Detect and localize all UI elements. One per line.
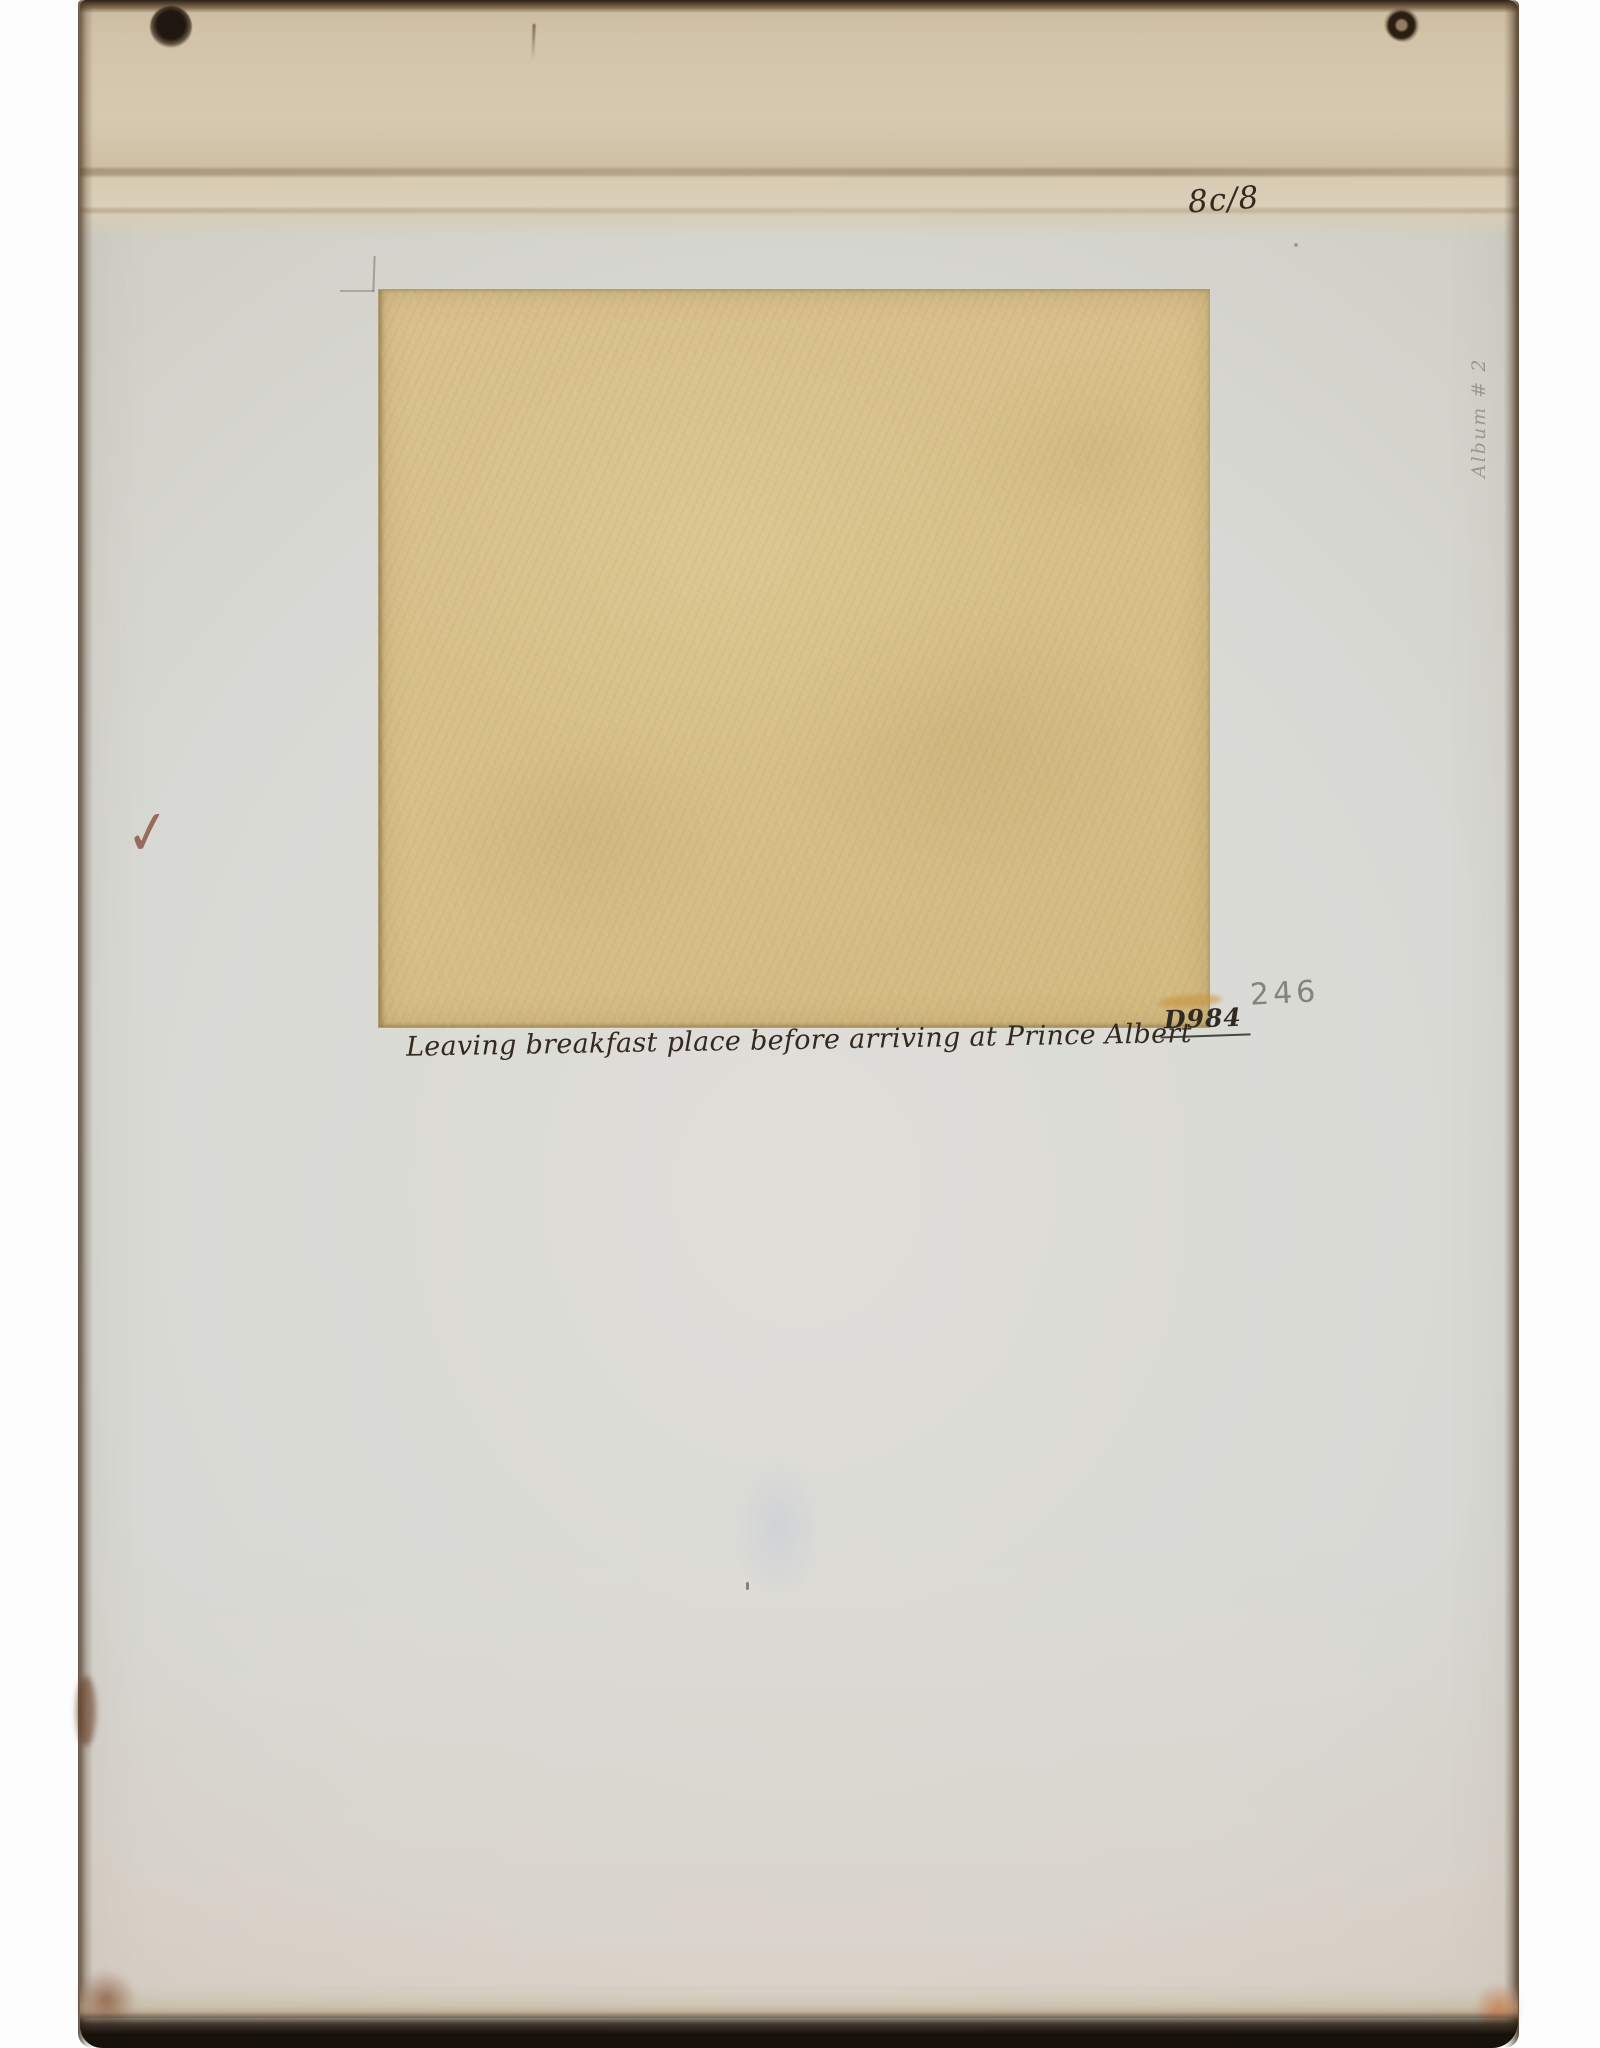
edge-stain-left xyxy=(76,1676,96,1746)
margin-note-vertical: Album # 2 xyxy=(1468,308,1490,478)
checkmark-icon: ✓ xyxy=(122,794,174,871)
faded-photograph xyxy=(378,289,1210,1028)
right-edge-shadow xyxy=(1504,0,1519,2048)
photo-paper-texture xyxy=(379,290,1209,1027)
punch-hole-right xyxy=(1384,2,1424,42)
page-lower-tint xyxy=(80,1550,1518,1990)
pencil-guide-horizontal xyxy=(340,290,374,292)
dust-speck xyxy=(746,1582,749,1590)
top-strip xyxy=(80,0,1518,240)
crease-line-lower xyxy=(80,208,1518,213)
crease-line-upper xyxy=(80,168,1518,176)
scan-background: 8c/8 D984 246 Leaving breakfast place be… xyxy=(0,0,1600,2048)
page-code-note: 8c/8 xyxy=(1187,180,1261,221)
bottom-edge-strip xyxy=(80,2012,1518,2048)
dust-speck xyxy=(1294,243,1298,247)
punch-hole-left xyxy=(150,6,192,48)
catalog-number-note: 246 xyxy=(1249,974,1320,1013)
top-edge-shadow xyxy=(80,0,1518,13)
faint-blue-smudge xyxy=(733,1460,823,1595)
